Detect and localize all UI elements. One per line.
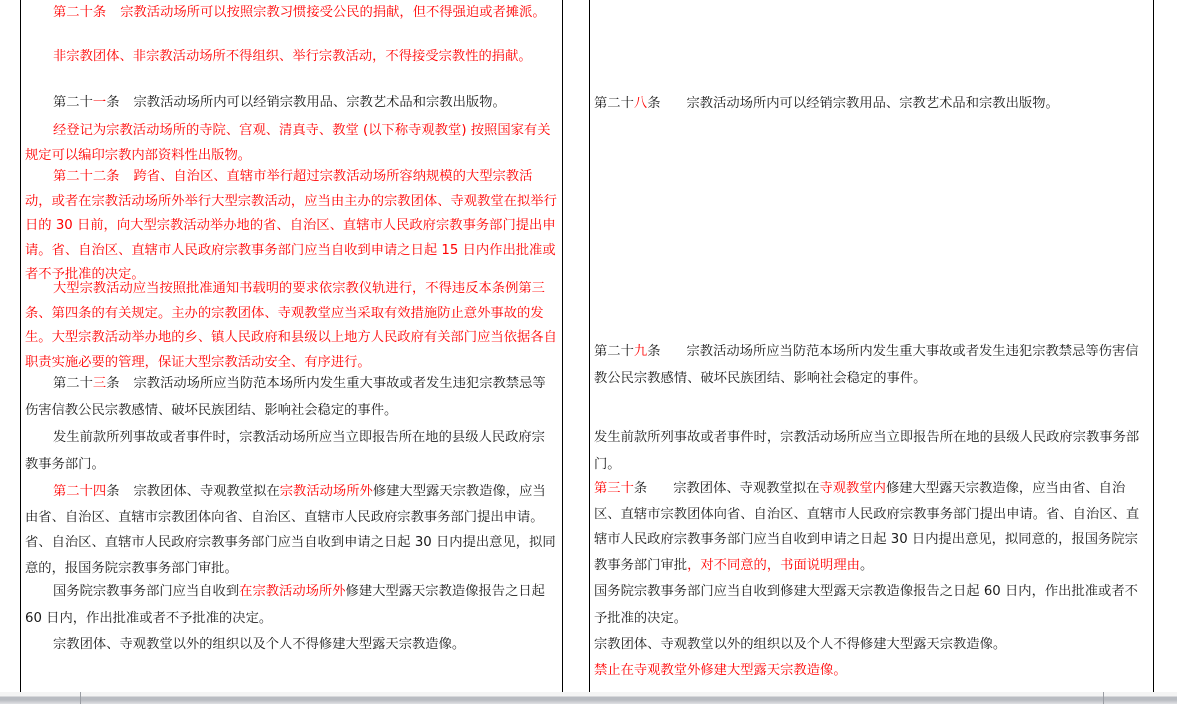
paragraph-text: 非宗教团体、非宗教活动场所不得组织、举行宗教活动，不得接受宗教性的捐献。 — [53, 49, 532, 64]
article-number: 第二十二条 — [53, 169, 119, 184]
paragraph-added: 禁止在寺观教堂外修建大型露天宗教造像。 — [594, 658, 1146, 684]
article-number-suffix: 条 — [647, 96, 660, 111]
article-text: 跨省、自治区、直辖市举行超过宗教活动场所容纳规模的大型宗教活动，或者在宗教活动场… — [25, 169, 557, 282]
paragraph-article-24: 第二十四条宗教团体、寺观教堂拟在宗教活动场所外修建大型露天宗教造像，应当由省、自… — [25, 479, 557, 581]
horizontal-ruler-bar — [0, 692, 1177, 704]
paragraph-article-23: 第二十三条宗教活动场所应当防范本场所内发生重大事故或者发生违犯宗教禁忌等伤害信教… — [25, 370, 557, 424]
article-number-suffix: 条 — [106, 376, 119, 391]
paragraph-article-20: 第二十条宗教活动场所可以按照宗教习惯接受公民的捐献，但不得强迫或者摊派。 — [25, 0, 557, 26]
paragraph-text: 大型宗教活动应当按照批准通知书载明的要求依宗教仪轨进行，不得违反本条例第三条、第… — [25, 281, 557, 370]
article-text: 。 — [860, 558, 873, 573]
paragraph: 国务院宗教事务部门应当自收到在宗教活动场所外修建大型露天宗教造像报告之日起 60… — [25, 578, 557, 632]
article-text: 宗教团体、寺观教堂拟在 — [133, 484, 279, 499]
paragraph: 国务院宗教事务部门应当自收到修建大型露天宗教造像报告之日起 60 日内，作出批准… — [594, 578, 1146, 632]
paragraph-text: 经登记为宗教活动场所的寺院、宫观、清真寺、教堂 (以下称寺观教堂) 按照国家有关… — [25, 123, 551, 163]
article-number-prefix: 第二十 — [594, 344, 634, 359]
table-border-middle-left — [562, 0, 563, 692]
article-number-suffix: 条 — [647, 344, 660, 359]
paragraph: 宗教团体、寺观教堂以外的组织以及个人不得修建大型露天宗教造像。 — [594, 632, 1146, 658]
article-text: 宗教团体、寺观教堂拟在 — [673, 481, 819, 496]
paragraph-text: 国务院宗教事务部门应当自收到修建大型露天宗教造像报告之日起 60 日内，作出批准… — [594, 584, 1138, 626]
paragraph-text: 发生前款所列事故或者事件时，宗教活动场所应当立即报告所在地的县级人民政府宗教事务… — [25, 430, 545, 472]
paragraph-text: 发生前款所列事故或者事件时，宗教活动场所应当立即报告所在地的县级人民政府宗教事务… — [594, 430, 1139, 472]
article-number-suffix: 条 — [634, 481, 647, 496]
article-text: 宗教活动场所应当防范本场所内发生重大事故或者发生违犯宗教禁忌等伤害信教公民宗教感… — [594, 344, 1139, 386]
article-number-changed: 一 — [93, 95, 106, 110]
ruler-tick — [80, 692, 81, 704]
article-number: 第二十条 — [53, 5, 106, 20]
paragraph: 大型宗教活动应当按照批准通知书载明的要求依宗教仪轨进行，不得违反本条例第三条、第… — [25, 277, 557, 375]
table-border-right — [1153, 0, 1154, 692]
changed-text: 寺观教堂内 — [819, 481, 885, 496]
article-number-changed: 第二十四 — [53, 484, 106, 499]
paragraph-article-29: 第二十九条宗教活动场所应当防范本场所内发生重大事故或者发生违犯宗教禁忌等伤害信教… — [594, 338, 1146, 392]
ruler-tick — [1103, 692, 1104, 704]
article-text: 宗教活动场所内可以经销宗教用品、宗教艺术品和宗教出版物。 — [133, 95, 505, 110]
paragraph-text: 禁止在寺观教堂外修建大型露天宗教造像。 — [594, 663, 847, 678]
article-number-prefix: 第二十 — [53, 376, 93, 391]
changed-text: 在宗教活动场所外 — [239, 584, 345, 599]
article-number-prefix: 第二十 — [594, 96, 634, 111]
paragraph: 宗教团体、寺观教堂以外的组织以及个人不得修建大型露天宗教造像。 — [25, 632, 557, 658]
changed-text: 宗教活动场所外 — [280, 484, 373, 499]
article-number-changed: 八 — [634, 96, 647, 111]
paragraph: 发生前款所列事故或者事件时，宗教活动场所应当立即报告所在地的县级人民政府宗教事务… — [594, 424, 1146, 478]
paragraph: 经登记为宗教活动场所的寺院、宫观、清真寺、教堂 (以下称寺观教堂) 按照国家有关… — [25, 118, 557, 168]
article-number-prefix: 第二十 — [53, 95, 93, 110]
paragraph-text: 国务院宗教事务部门应当自收到 — [53, 584, 239, 599]
article-number-changed: 三 — [93, 376, 106, 391]
article-number-changed: 第三十 — [594, 481, 634, 496]
table-border-middle-right — [589, 0, 590, 692]
article-number-suffix: 条 — [106, 95, 119, 110]
paragraph-article-30: 第三十条宗教团体、寺观教堂拟在寺观教堂内修建大型露天宗教造像，应当由省、自治区、… — [594, 476, 1146, 578]
article-text: 宗教活动场所可以按照宗教习惯接受公民的捐献，但不得强迫或者摊派。 — [120, 5, 546, 20]
article-text: 宗教活动场所内可以经销宗教用品、宗教艺术品和宗教出版物。 — [686, 96, 1058, 111]
article-number-suffix: 条 — [106, 484, 119, 499]
paragraph-article-21: 第二十一条宗教活动场所内可以经销宗教用品、宗教艺术品和宗教出版物。 — [25, 90, 557, 116]
paragraph: 非宗教团体、非宗教活动场所不得组织、举行宗教活动，不得接受宗教性的捐献。 — [25, 44, 557, 70]
article-number-changed: 九 — [634, 344, 647, 359]
paragraph: 发生前款所列事故或者事件时，宗教活动场所应当立即报告所在地的县级人民政府宗教事务… — [25, 424, 557, 478]
paragraph-article-28: 第二十八条宗教活动场所内可以经销宗教用品、宗教艺术品和宗教出版物。 — [594, 91, 1146, 117]
added-text: ，对不同意的，书面说明理由 — [687, 558, 860, 573]
paragraph-article-22: 第二十二条跨省、自治区、直辖市举行超过宗教活动场所容纳规模的大型宗教活动，或者在… — [25, 165, 557, 288]
paragraph-text: 宗教团体、寺观教堂以外的组织以及个人不得修建大型露天宗教造像。 — [594, 637, 1006, 652]
paragraph-text: 宗教团体、寺观教堂以外的组织以及个人不得修建大型露天宗教造像。 — [53, 637, 465, 652]
table-border-left — [20, 0, 21, 692]
